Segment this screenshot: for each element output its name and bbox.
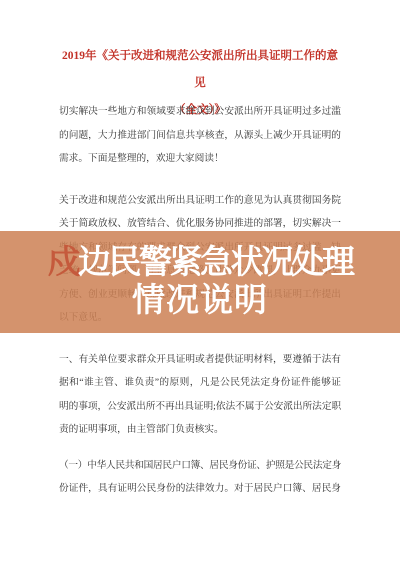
doc-title-line1: 2019年《关于改进和规范公安派出所出具证明工作的意见 <box>59 43 341 97</box>
overlay-title-line2: 情况说明 <box>0 281 400 319</box>
text-line: 一、有关单位要求群众开具证明或者提供证明材料，要遵循于法有 <box>59 348 341 372</box>
document-page: 2019年《关于改进和规范公安派出所出具证明工作的意见 （全文）》 切实解决一些… <box>0 0 400 566</box>
text-line: 的问题，大力推进部门间信息共享核查，从源头上减少开具证明的 <box>59 124 341 148</box>
text-line: 明的事项，公安派出所不再出具证明;依法不属于公安派出所法定职 <box>59 395 341 419</box>
text-line: 责的证明事项，由主管部门负责核实。 <box>59 418 341 442</box>
text-line: （一）中华人民共和国居民户口簿、居民身份证、护照是公民法定身 <box>59 454 341 478</box>
text-line: 需求。下面是整理的，欢迎大家阅读！ <box>59 147 341 171</box>
watermark-overlay: 戍边民警紧急状况处理 情况说明 <box>0 231 400 333</box>
overlay-title-line1: 戍边民警紧急状况处理 <box>0 243 400 281</box>
doc-paragraph-item-1: 一、有关单位要求群众开具证明或者提供证明材料，要遵循于法有 据和“谁主管、谁负责… <box>59 348 341 442</box>
text-line: 份证件，具有证明公民身份的法律效力。对于居民户口簿、居民身 <box>59 477 341 501</box>
text-line: 关于改进和规范公安派出所出具证明工作的意见为认真贯彻国务院 <box>59 189 341 213</box>
doc-paragraph-intro: 切实解决一些地方和领域要求群众到公安派出所开具证明过多过滥 的问题，大力推进部门… <box>59 100 341 171</box>
overlay-line1-rest: 边民警紧急状况处理 <box>78 243 353 280</box>
overlay-first-char: 戍 <box>48 243 79 280</box>
text-line: 切实解决一些地方和领域要求群众到公安派出所开具证明过多过滥 <box>59 100 341 124</box>
doc-paragraph-item-1-1: （一）中华人民共和国居民户口簿、居民身份证、护照是公民法定身 份证件，具有证明公… <box>59 454 341 501</box>
text-line: 据和“谁主管、谁负责”的原则，凡是公民凭法定身份证件能够证 <box>59 371 341 395</box>
overlay-title: 戍边民警紧急状况处理 情况说明 <box>0 231 400 319</box>
